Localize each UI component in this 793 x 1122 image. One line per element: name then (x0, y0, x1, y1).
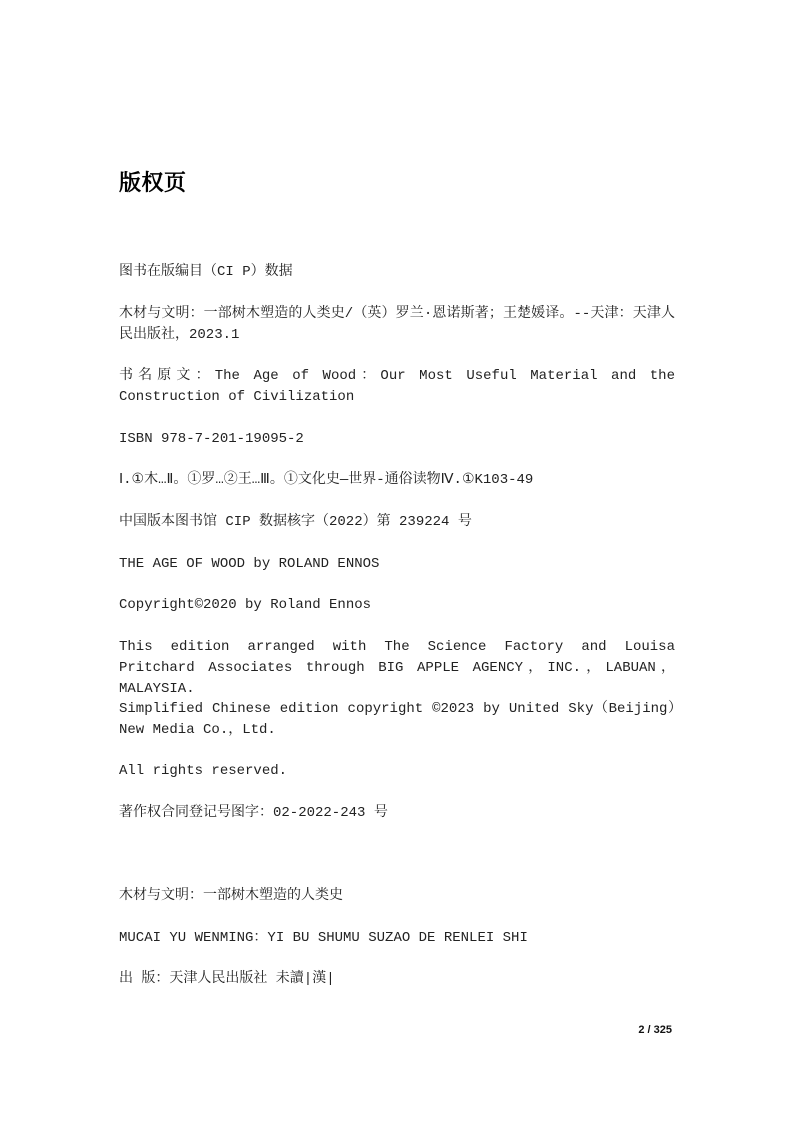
cip-record: 中国版本图书馆 CIP 数据核字（2022）第 239224 号 (119, 512, 675, 533)
contract-registration: 著作权合同登记号图字：02-2022-243 号 (119, 803, 675, 824)
simplified-copyright: Simplified Chinese edition copyright ©20… (119, 699, 675, 741)
rights-reserved: All rights reserved. (119, 761, 675, 782)
page-indicator: 2 / 325 (638, 1024, 672, 1036)
isbn: ISBN 978-7-201-19095-2 (119, 429, 675, 450)
original-title: 书名原文：The Age of Wood：Our Most Useful Mat… (119, 366, 675, 408)
book-title-cn: 木材与文明：一部树木塑造的人类史 (119, 886, 675, 907)
arrangement-notice: This edition arranged with The Science F… (119, 637, 675, 700)
copyright-notice: Copyright©2020 by Roland Ennos (119, 595, 675, 616)
original-credit: THE AGE OF WOOD by ROLAND ENNOS (119, 554, 675, 575)
classification: Ⅰ.①木…Ⅱ。①罗…②王…Ⅲ。①文化史—世界-通俗读物Ⅳ.①K103-49 (119, 470, 675, 491)
cip-entry: 木材与文明：一部树木塑造的人类史/（英）罗兰·恩诺斯著；王楚媛译。--天津：天津… (119, 304, 675, 346)
cip-header: 图书在版编目（CI P）数据 (119, 262, 675, 283)
page-title: 版权页 (119, 166, 187, 197)
publisher-line: 出 版：天津人民出版社 未讀|漢| (119, 969, 675, 990)
book-title-pinyin: MUCAI YU WENMING：YI BU SHUMU SUZAO DE RE… (119, 928, 675, 949)
document-page: 版权页 图书在版编目（CI P）数据 木材与文明：一部树木塑造的人类史/（英）罗… (0, 0, 793, 1122)
